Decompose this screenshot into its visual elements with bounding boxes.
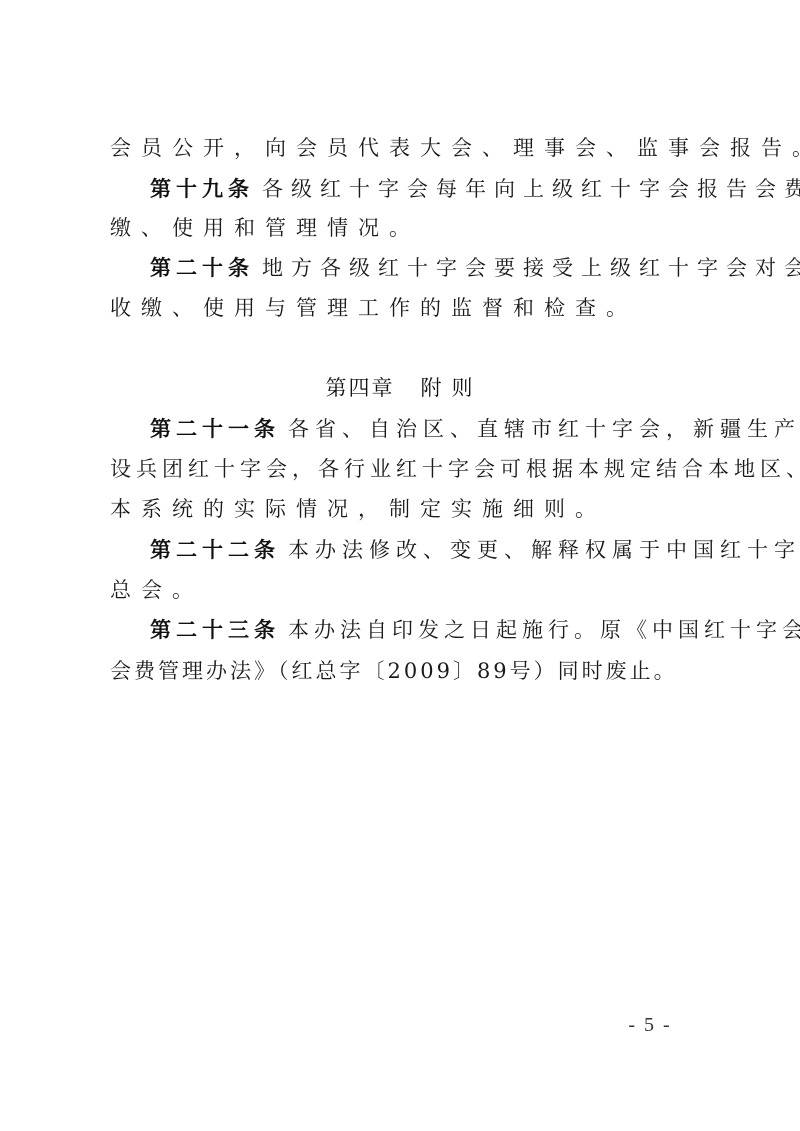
paragraph-text: 会费管理办法》（红总字〔2009〕89号）同时废止。	[110, 659, 678, 683]
article-label: 第二十三条	[150, 618, 280, 642]
article-19-cont: 缴、使用和管理情况。	[110, 214, 700, 242]
article-label: 第二十二条	[150, 538, 280, 562]
paragraph-text: 地方各级红十字会要接受上级红十字会对会费	[262, 256, 800, 280]
document-page: 会员公开，向会员代表大会、理事会、监事会报告。 第十九条各级红十字会每年向上级红…	[0, 0, 800, 1131]
article-label: 第十九条	[150, 177, 254, 201]
article-20: 第二十条地方各级红十字会要接受上级红十字会对会费	[150, 254, 700, 282]
paragraph-text: 缴、使用和管理情况。	[110, 216, 420, 240]
article-20-cont: 收缴、使用与管理工作的监督和检查。	[110, 294, 700, 322]
chapter-title-2: 则	[452, 376, 475, 400]
paragraph-text: 设兵团红十字会，各行业红十字会可根据本规定结合本地区、	[110, 457, 800, 481]
paragraph-text: 收缴、使用与管理工作的监督和检查。	[110, 296, 637, 320]
page-number: - 5 -	[620, 1012, 680, 1038]
paragraph-text: 会员公开，向会员代表大会、理事会、监事会报告。	[110, 136, 800, 160]
paragraph-text: 本办法修改、变更、解释权属于中国红十字会	[288, 538, 800, 562]
chapter-title: 附	[421, 376, 444, 400]
chapter-heading: 第四章附则	[0, 374, 800, 402]
paragraph-text: 总会。	[110, 578, 203, 602]
continuation-line: 会员公开，向会员代表大会、理事会、监事会报告。	[110, 134, 700, 162]
paragraph-text: 各省、自治区、直辖市红十字会，新疆生产建	[288, 417, 800, 441]
article-21: 第二十一条各省、自治区、直辖市红十字会，新疆生产建	[150, 415, 700, 443]
paragraph-text: 本办法自印发之日起施行。原《中国红十字会	[288, 618, 800, 642]
article-22: 第二十二条本办法修改、变更、解释权属于中国红十字会	[150, 536, 700, 564]
chapter-number: 第四章	[326, 376, 395, 400]
article-19: 第十九条各级红十字会每年向上级红十字会报告会费收	[150, 175, 700, 203]
article-23-cont: 会费管理办法》（红总字〔2009〕89号）同时废止。	[110, 657, 700, 685]
article-23: 第二十三条本办法自印发之日起施行。原《中国红十字会	[150, 616, 700, 644]
article-22-cont: 总会。	[110, 576, 700, 604]
article-label: 第二十条	[150, 256, 254, 280]
paragraph-text: 各级红十字会每年向上级红十字会报告会费收	[262, 177, 800, 201]
article-21-cont2: 本系统的实际情况，制定实施细则。	[110, 495, 700, 523]
article-21-cont: 设兵团红十字会，各行业红十字会可根据本规定结合本地区、	[110, 455, 700, 483]
paragraph-text: 本系统的实际情况，制定实施细则。	[110, 497, 606, 521]
article-label: 第二十一条	[150, 417, 280, 441]
